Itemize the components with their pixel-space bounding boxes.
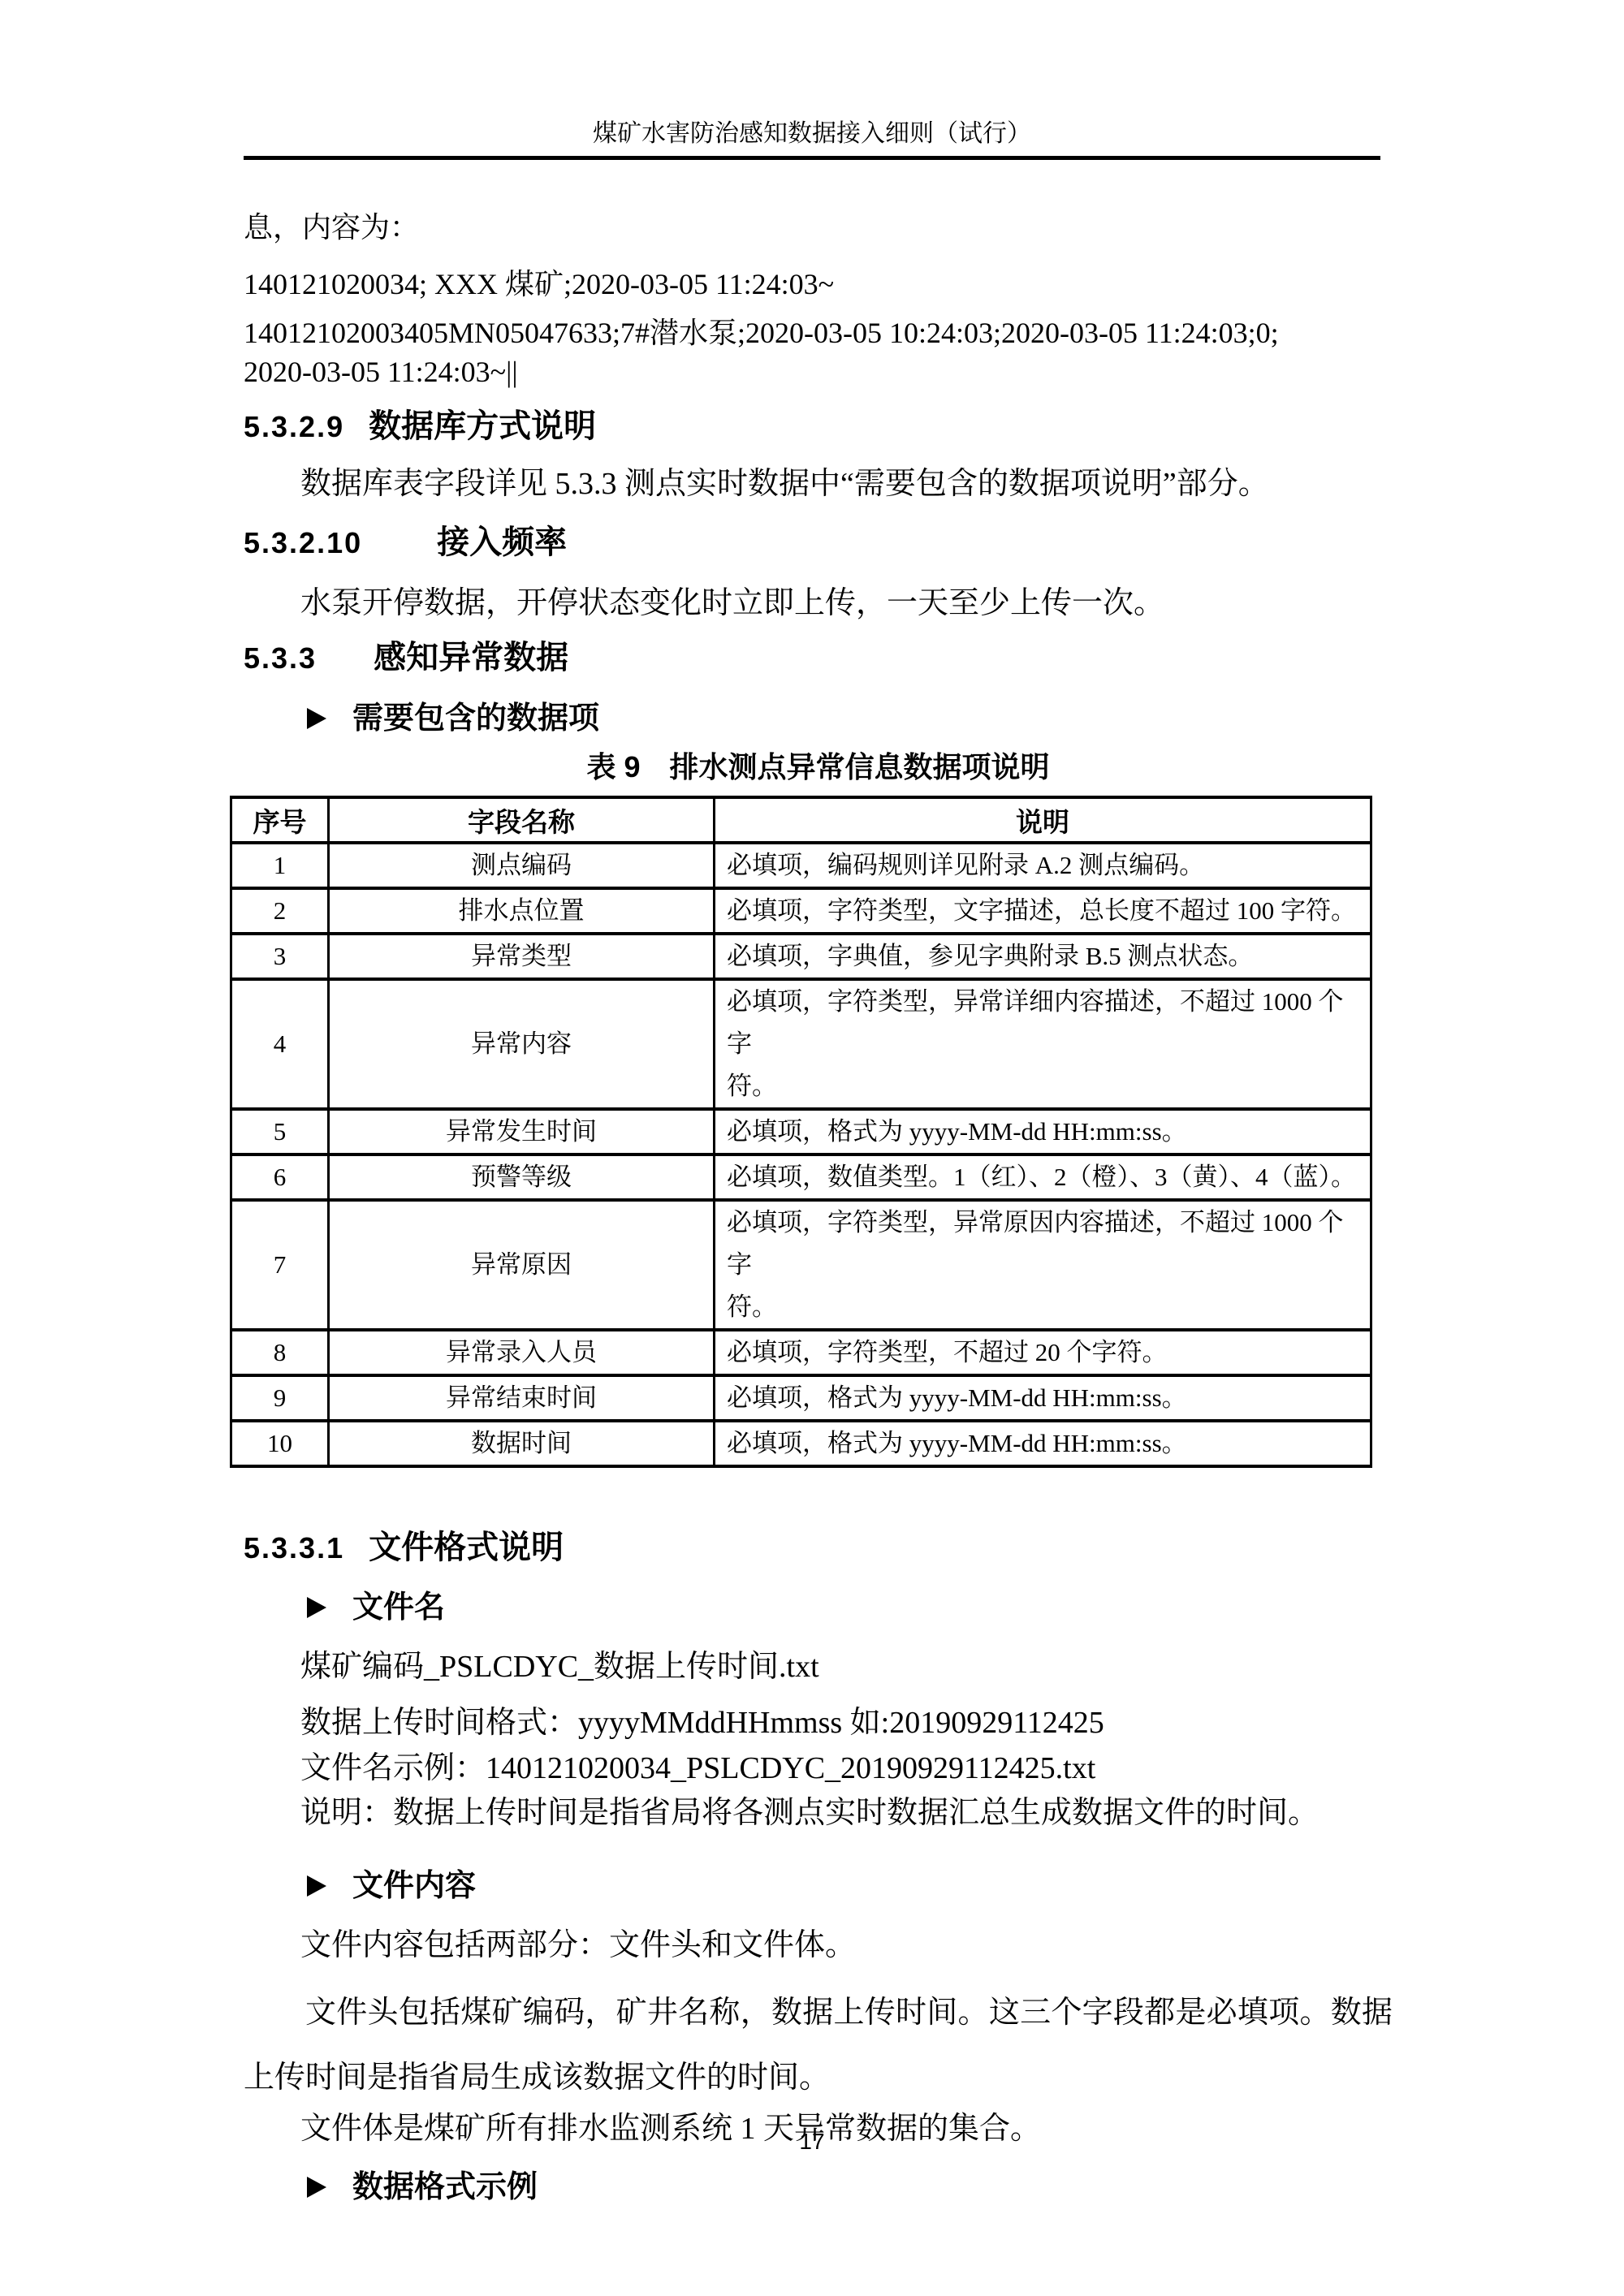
page-number: 17 [0,2129,1624,2155]
section-heading-file-format: 5.3.3.1文件格式说明 [244,1528,1393,1574]
bullet-heading-file-content: 文件内容 [244,1867,1393,1905]
cell-field: 异常类型 [329,934,715,979]
cell-desc: 必填项，数值类型。1（红）、2（橙）、3（黄）、4（蓝）。 [715,1154,1371,1200]
table-caption: 表 9 排水测点异常信息数据项说明 [244,749,1393,786]
cell-desc: 必填项，格式为 yyyy-MM-dd HH:mm:ss。 [715,1109,1371,1154]
paragraph: 水泵开停数据，开停状态变化时立即上传，一天至少上传一次。 [244,585,1393,622]
column-header-field: 字段名称 [329,797,715,843]
table-row: 5 异常发生时间 必填项，格式为 yyyy-MM-dd HH:mm:ss。 [231,1109,1371,1154]
cell-seq: 1 [231,843,329,888]
bullet-title: 文件内容 [352,1867,476,1905]
paragraph: 文件头包括煤矿编码，矿井名称，数据上传时间。这三个字段都是必填项。数据上传时间是… [244,1980,1393,2110]
cell-field: 异常发生时间 [329,1109,715,1154]
cell-seq: 7 [231,1200,329,1330]
section-number: 5.3.3.1 [244,1531,344,1564]
table-row: 9 异常结束时间 必填项，格式为 yyyy-MM-dd HH:mm:ss。 [231,1375,1371,1421]
upload-time-format: 数据上传时间格式：yyyyMMddHHmmss 如:20190929112425 [244,1704,1393,1741]
cell-desc: 必填项，字典值，参见字典附录 B.5 测点状态。 [715,934,1371,979]
data-items-table: 序号 字段名称 说明 1 测点编码 必填项，编码规则详见附录 A.2 测点编码。… [230,796,1372,1468]
cell-desc: 必填项，格式为 yyyy-MM-dd HH:mm:ss。 [715,1375,1371,1421]
section-title: 感知异常数据 [374,640,568,675]
table-header-row: 序号 字段名称 说明 [231,797,1371,843]
intro-line: 息，内容为： [244,209,1393,246]
cell-seq: 3 [231,934,329,979]
file-name-pattern: 煤矿编码_PSLCDYC_数据上传时间.txt [244,1648,1393,1685]
table-row: 4 异常内容 必填项，字符类型，异常详细内容描述，不超过 1000 个字 符。 [231,979,1371,1109]
cell-field: 排水点位置 [329,888,715,934]
arrow-bullet-icon [307,708,326,729]
bullet-title: 需要包含的数据项 [352,699,599,738]
cell-seq: 9 [231,1375,329,1421]
file-name-example: 文件名示例：140121020034_PSLCDYC_2019092911242… [244,1750,1393,1787]
column-header-seq: 序号 [231,797,329,843]
table-row: 1 测点编码 必填项，编码规则详见附录 A.2 测点编码。 [231,843,1371,888]
section-title: 文件格式说明 [369,1530,564,1565]
cell-desc: 必填项，格式为 yyyy-MM-dd HH:mm:ss。 [715,1421,1371,1466]
bullet-heading-file-name: 文件名 [244,1588,1393,1627]
cell-field: 异常内容 [329,979,715,1109]
table-row: 6 预警等级 必填项，数值类型。1（红）、2（橙）、3（黄）、4（蓝）。 [231,1154,1371,1200]
cell-seq: 8 [231,1330,329,1375]
data-example-line: 140121020034; XXX 煤矿;2020-03-05 11:24:03… [244,265,1393,303]
arrow-bullet-icon [307,1597,326,1618]
bullet-title: 数据格式示例 [352,2168,538,2207]
bullet-title: 文件名 [352,1588,445,1627]
header-rule [244,156,1380,160]
cell-field: 预警等级 [329,1154,715,1200]
cell-field: 数据时间 [329,1421,715,1466]
cell-desc: 必填项，字符类型，异常原因内容描述，不超过 1000 个字 符。 [715,1200,1371,1330]
cell-desc: 必填项，字符类型，异常详细内容描述，不超过 1000 个字 符。 [715,979,1371,1109]
table-row: 7 异常原因 必填项，字符类型，异常原因内容描述，不超过 1000 个字 符。 [231,1200,1371,1330]
section-number: 5.3.2.9 [244,410,344,443]
section-heading-frequency: 5.3.2.10接入频率 [244,523,1393,569]
data-example-line: 2020-03-05 11:24:03~|| [244,353,1393,391]
cell-seq: 2 [231,888,329,934]
section-title: 接入频率 [437,524,567,560]
bullet-heading-data-format-example: 数据格式示例 [244,2168,1393,2207]
column-header-desc: 说明 [715,797,1371,843]
table-row: 3 异常类型 必填项，字典值，参见字典附录 B.5 测点状态。 [231,934,1371,979]
paragraph: 文件内容包括两部分：文件头和文件体。 [244,1927,1393,1964]
cell-seq: 4 [231,979,329,1109]
cell-seq: 5 [231,1109,329,1154]
document-title: 煤矿水害防治感知数据接入细则（试行） [0,119,1624,149]
cell-seq: 10 [231,1421,329,1466]
section-heading-database: 5.3.2.9数据库方式说明 [244,407,1393,453]
cell-field: 异常录入人员 [329,1330,715,1375]
file-name-note: 说明：数据上传时间是指省局将各测点实时数据汇总生成数据文件的时间。 [244,1794,1393,1832]
arrow-bullet-icon [307,1875,326,1897]
table-row: 2 排水点位置 必填项，字符类型，文字描述，总长度不超过 100 字符。 [231,888,1371,934]
data-example-line: 14012102003405MN05047633;7#潜水泵;2020-03-0… [244,314,1393,352]
section-title: 数据库方式说明 [369,408,596,444]
running-header: 煤矿水害防治感知数据接入细则（试行） [0,0,1624,160]
table-row: 10 数据时间 必填项，格式为 yyyy-MM-dd HH:mm:ss。 [231,1421,1371,1466]
cell-desc: 必填项，编码规则详见附录 A.2 测点编码。 [715,843,1371,888]
section-number: 5.3.2.10 [244,526,362,559]
document-page: 煤矿水害防治感知数据接入细则（试行） 息，内容为： 140121020034; … [0,0,1624,2296]
section-heading-abnormal-data: 5.3.3感知异常数据 [244,638,1393,684]
cell-field: 异常结束时间 [329,1375,715,1421]
bullet-heading-data-items: 需要包含的数据项 [244,699,1393,738]
cell-field: 测点编码 [329,843,715,888]
arrow-bullet-icon [307,2177,326,2198]
section-number: 5.3.3 [244,641,317,675]
page-content: 息，内容为： 140121020034; XXX 煤矿;2020-03-05 1… [0,209,1624,2207]
paragraph: 数据库表字段详见 5.3.3 测点实时数据中“需要包含的数据项说明”部分。 [244,465,1393,503]
cell-desc: 必填项，字符类型，文字描述，总长度不超过 100 字符。 [715,888,1371,934]
cell-seq: 6 [231,1154,329,1200]
cell-desc: 必填项，字符类型，不超过 20 个字符。 [715,1330,1371,1375]
cell-field: 异常原因 [329,1200,715,1330]
table-row: 8 异常录入人员 必填项，字符类型，不超过 20 个字符。 [231,1330,1371,1375]
